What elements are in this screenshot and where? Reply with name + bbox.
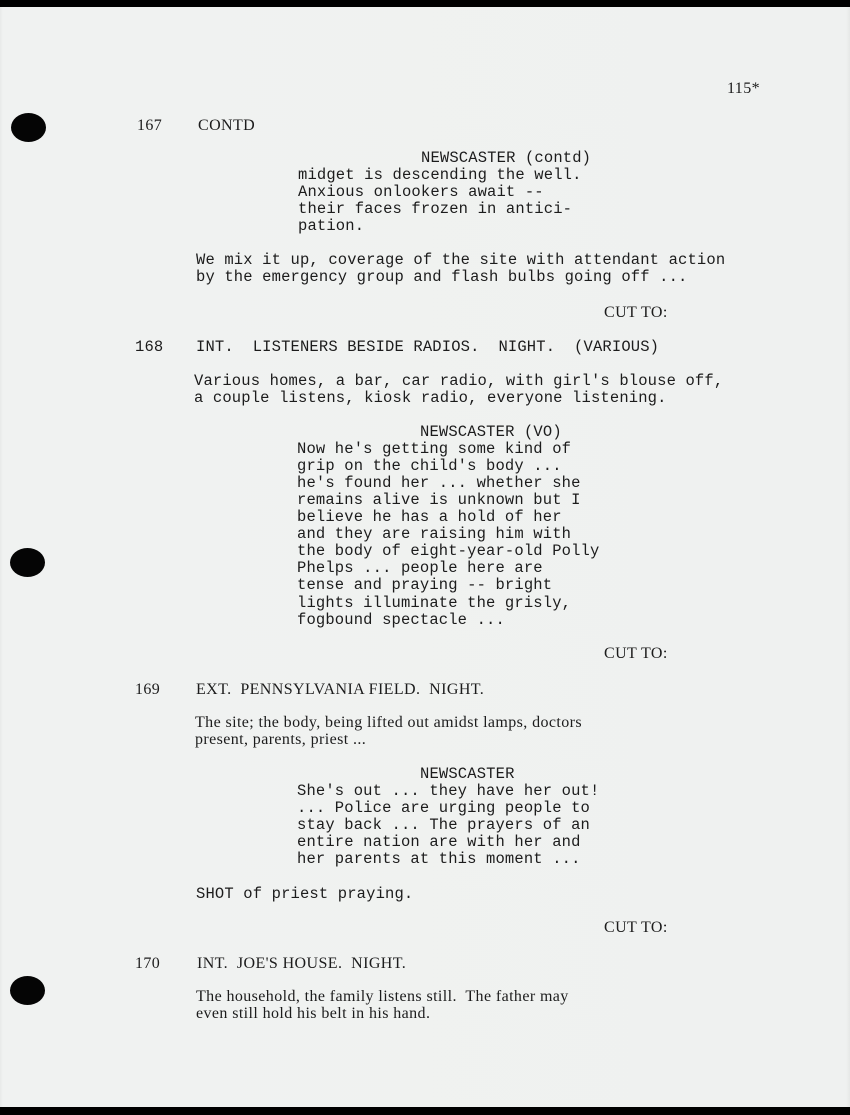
action-line: even still hold his belt in his hand. bbox=[196, 1005, 430, 1022]
action-line: The household, the family listens still.… bbox=[196, 988, 569, 1005]
scene-heading: CONTD bbox=[198, 117, 255, 134]
action-line: We mix it up, coverage of the site with … bbox=[196, 252, 725, 269]
dialogue-line: grip on the child's body ... bbox=[297, 458, 562, 475]
dialogue-line: fogbound spectacle ... bbox=[297, 612, 505, 629]
dialogue-line: her parents at this moment ... bbox=[297, 851, 581, 868]
dialogue-line: pation. bbox=[298, 218, 364, 235]
character-name: NEWSCASTER (contd) bbox=[421, 150, 591, 167]
character-name: NEWSCASTER bbox=[420, 766, 515, 783]
punch-hole-bottom-icon bbox=[10, 976, 45, 1005]
action-line: SHOT of priest praying. bbox=[196, 886, 413, 903]
punch-hole-middle-icon bbox=[10, 548, 45, 577]
dialogue-line: midget is descending the well. bbox=[298, 167, 582, 184]
scanned-script-page: 115* 167 CONTD NEWSCASTER (contd) midget… bbox=[0, 0, 850, 1115]
paper-sheet: 115* 167 CONTD NEWSCASTER (contd) midget… bbox=[0, 7, 850, 1107]
dialogue-line: believe he has a hold of her bbox=[297, 509, 562, 526]
transition: CUT TO: bbox=[604, 645, 668, 662]
dialogue-line: ... Police are urging people to bbox=[297, 800, 590, 817]
transition: CUT TO: bbox=[604, 919, 668, 936]
action-line: by the emergency group and flash bulbs g… bbox=[196, 269, 687, 286]
punch-hole-top-icon bbox=[11, 113, 46, 142]
dialogue-line: Anxious onlookers await -- bbox=[298, 184, 544, 201]
page-number: 115* bbox=[727, 80, 760, 97]
scene-number: 168 bbox=[135, 339, 163, 356]
character-name: NEWSCASTER (VO) bbox=[420, 424, 562, 441]
dialogue-line: lights illuminate the grisly, bbox=[297, 595, 571, 612]
scene-number: 170 bbox=[135, 955, 160, 972]
dialogue-line: Now he's getting some kind of bbox=[297, 441, 571, 458]
dialogue-line: She's out ... they have her out! bbox=[297, 783, 599, 800]
scene-heading: EXT. PENNSYLVANIA FIELD. NIGHT. bbox=[196, 681, 484, 698]
dialogue-line: their faces frozen in antici- bbox=[298, 201, 572, 218]
scene-heading: INT. JOE'S HOUSE. NIGHT. bbox=[197, 955, 406, 972]
dialogue-line: tense and praying -- bright bbox=[297, 577, 552, 594]
dialogue-line: entire nation are with her and bbox=[297, 834, 581, 851]
dialogue-line: Phelps ... people here are bbox=[297, 560, 543, 577]
transition: CUT TO: bbox=[604, 304, 668, 321]
scene-number: 169 bbox=[135, 681, 160, 698]
dialogue-line: stay back ... The prayers of an bbox=[297, 817, 590, 834]
scene-heading: INT. LISTENERS BESIDE RADIOS. NIGHT. (VA… bbox=[196, 339, 659, 356]
action-line: The site; the body, being lifted out ami… bbox=[195, 714, 582, 731]
action-line: Various homes, a bar, car radio, with gi… bbox=[194, 373, 723, 390]
dialogue-line: he's found her ... whether she bbox=[297, 475, 581, 492]
dialogue-line: remains alive is unknown but I bbox=[297, 492, 581, 509]
action-line: present, parents, priest ... bbox=[195, 731, 366, 748]
action-line: a couple listens, kiosk radio, everyone … bbox=[194, 390, 667, 407]
scene-number: 167 bbox=[137, 117, 162, 134]
dialogue-line: and they are raising him with bbox=[297, 526, 571, 543]
dialogue-line: the body of eight-year-old Polly bbox=[297, 543, 599, 560]
